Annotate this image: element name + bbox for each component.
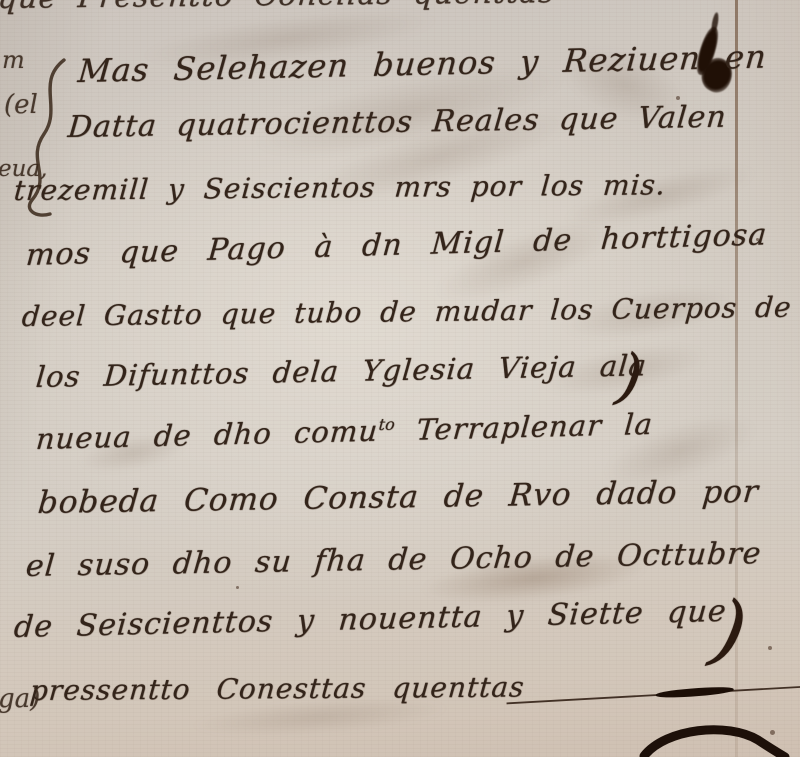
margin-note: ga) bbox=[0, 684, 40, 714]
ink-speck bbox=[768, 646, 772, 650]
manuscript-line: Datta quatrocienttos Reales que Valen bbox=[66, 100, 728, 145]
ink-blot bbox=[710, 12, 720, 35]
manuscript-line: pressentto Conesttas quenttas bbox=[29, 671, 526, 707]
line-text: nueua de dho comu bbox=[35, 414, 380, 456]
corner-flourish bbox=[636, 726, 786, 757]
manuscript-line: bobeda Como Consta de Rvo dado por bbox=[36, 474, 760, 521]
manuscript-line: nueua de dho comuto Terraplenar la bbox=[35, 407, 655, 456]
ink-speck bbox=[770, 730, 775, 735]
ink-speck bbox=[676, 96, 680, 100]
left-swash-flourish bbox=[6, 56, 76, 226]
top-line-fragment: que Presentto Conellas quenttas bbox=[0, 0, 556, 16]
manuscript-line: el suso dho su fha de Ocho de Octtubre bbox=[24, 536, 763, 584]
manuscript-page: que Presentto Conellas quenttas Mas Sele… bbox=[0, 0, 800, 757]
manuscript-line: trezemill y Seiscientos mrs por los mis. bbox=[13, 168, 667, 207]
ink-speck bbox=[236, 586, 239, 589]
flourish-dash: — bbox=[488, 682, 770, 714]
manuscript-line: de Seiscienttos y nouentta y Siette que bbox=[13, 594, 729, 645]
manuscript-line: mos que Pago à dn Migl de horttigosa bbox=[25, 217, 769, 273]
ink-speck bbox=[756, 238, 759, 241]
line-text: Terraplenar la bbox=[393, 407, 654, 447]
